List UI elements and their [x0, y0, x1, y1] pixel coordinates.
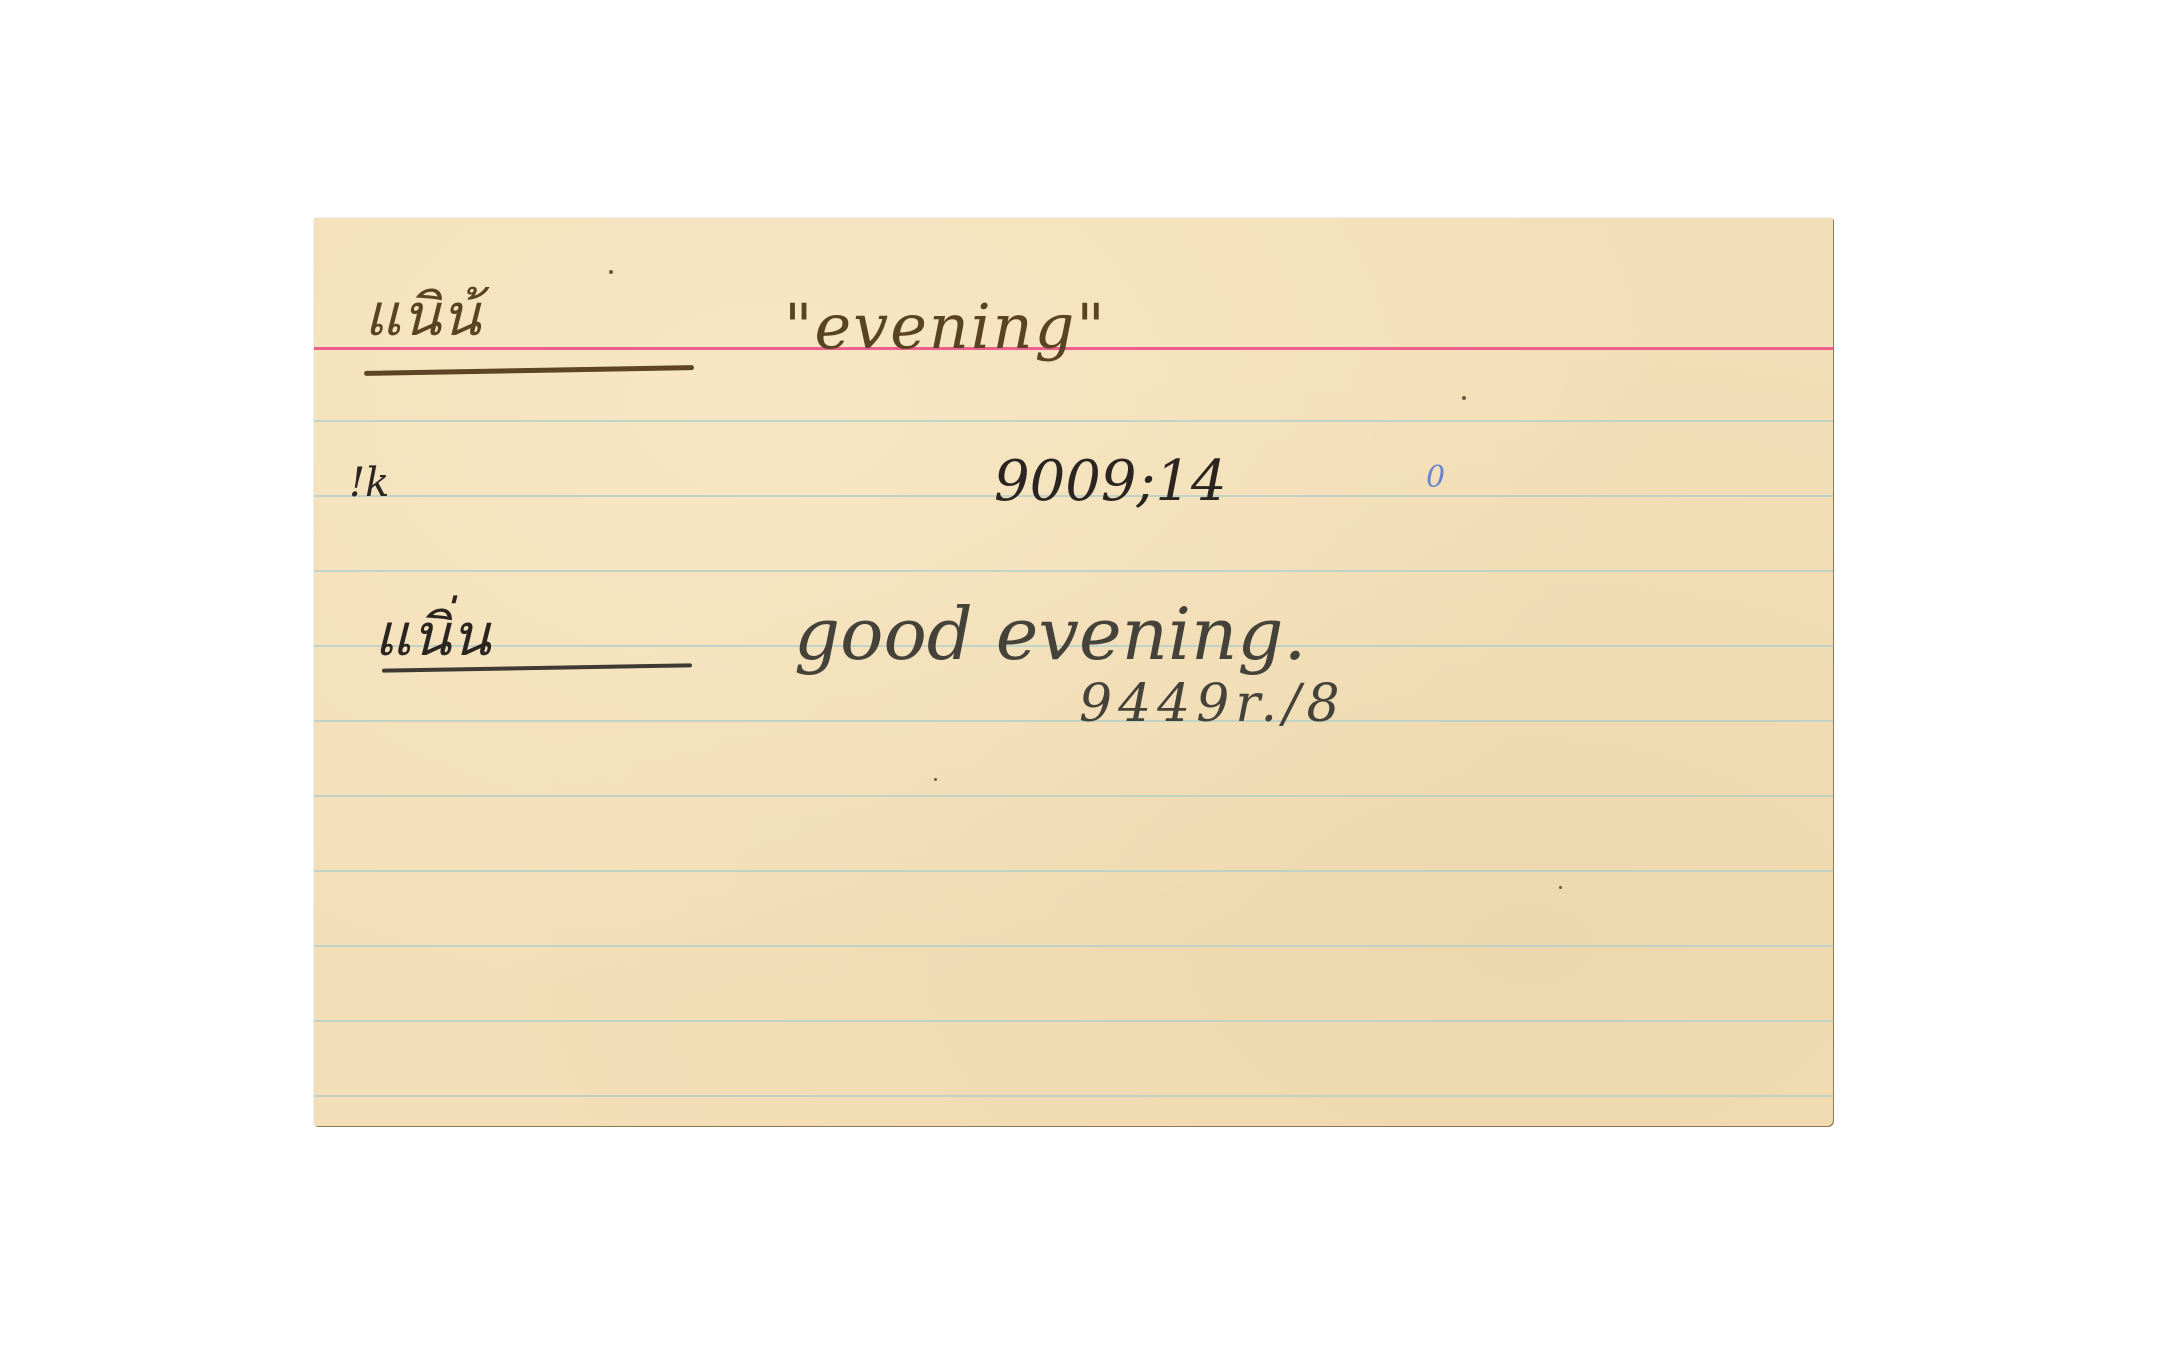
ruled-line [314, 945, 1833, 947]
ruled-line [314, 570, 1833, 572]
blue-mark: 0 [1426, 463, 1445, 493]
header-gloss: "evening" [784, 296, 1107, 358]
paper-speck [934, 778, 937, 781]
paper-speck [1462, 396, 1466, 400]
row3-gloss: good evening. [794, 598, 1306, 670]
ruled-line [314, 420, 1833, 422]
index-card: แนิน้ "evening" !k 9009;14 0 แนิ่น good … [314, 218, 1833, 1126]
reference-number-2: 9449r./8 [1079, 678, 1346, 730]
header-thai-word: แนิน้ [364, 286, 481, 344]
ruled-line [314, 795, 1833, 797]
paper-speck [1559, 886, 1562, 889]
ruled-line [314, 720, 1833, 722]
paper-speck [609, 270, 613, 274]
ruled-line [314, 870, 1833, 872]
ruled-line [314, 1095, 1833, 1097]
header-thai-underline [364, 365, 694, 376]
row3-thai-word: แนิ่น [374, 606, 491, 664]
reference-number-1: 9009;14 [994, 454, 1227, 510]
ruled-line [314, 1020, 1833, 1022]
left-mark: !k [349, 463, 389, 503]
